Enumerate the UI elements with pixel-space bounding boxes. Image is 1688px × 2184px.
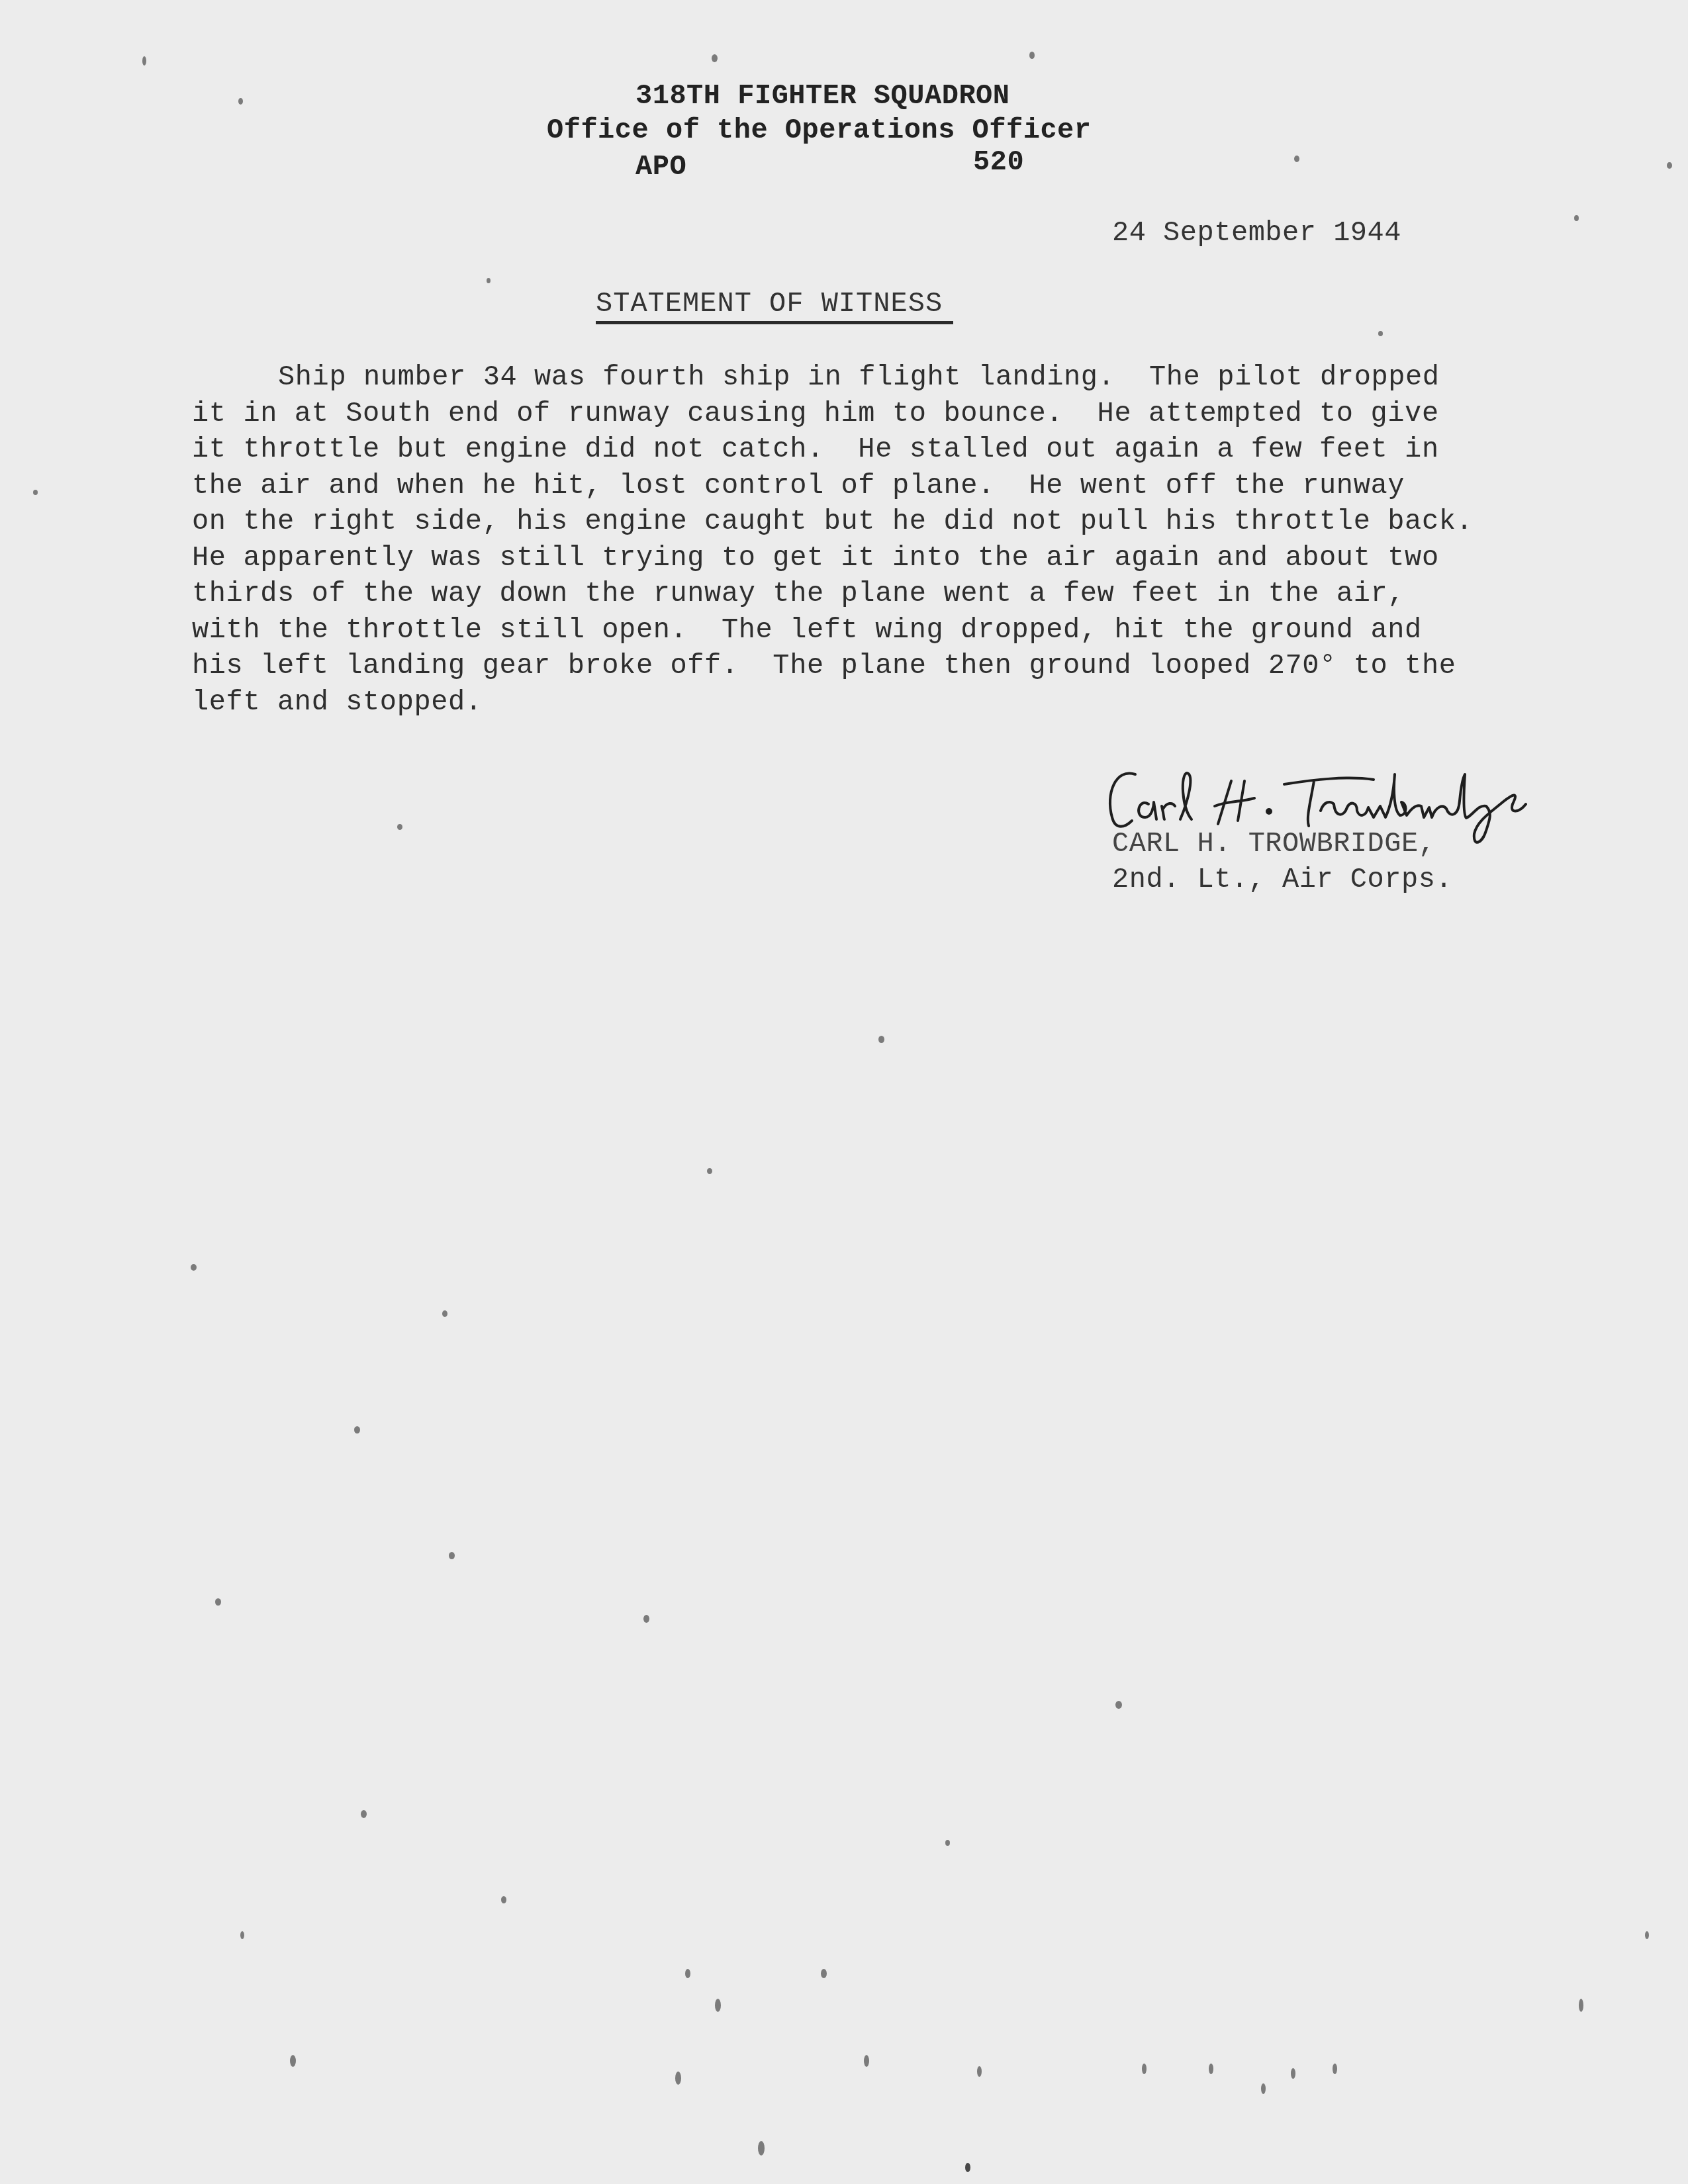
speck	[707, 1168, 712, 1174]
speck	[1645, 1931, 1649, 1939]
header-unit: 318TH FIGHTER SQUADRON	[635, 78, 1010, 114]
body-line: the air and when he hit, lost control of…	[192, 468, 1556, 504]
speck	[501, 1896, 506, 1903]
speck	[1209, 2064, 1213, 2074]
header-office: Office of the Operations Officer	[547, 113, 1092, 148]
speck	[1029, 52, 1035, 59]
speck	[1667, 162, 1672, 169]
speck	[685, 1969, 690, 1978]
typed-signature-name: CARL H. TROWBRIDGE,	[1112, 826, 1435, 862]
body-line: on the right side, his engine caught but…	[192, 504, 1556, 540]
speck	[1294, 156, 1299, 162]
speck	[977, 2066, 982, 2077]
speck	[1333, 2064, 1337, 2074]
body-line: his left landing gear broke off. The pla…	[192, 648, 1556, 684]
speck	[643, 1615, 649, 1623]
header-apo-label: APO	[635, 149, 686, 185]
body-line: left and stopped.	[192, 684, 1556, 721]
speck	[715, 1999, 721, 2012]
body-line: it in at South end of runway causing him…	[192, 396, 1556, 432]
title-underline	[596, 321, 953, 324]
typed-signature-rank: 2nd. Lt., Air Corps.	[1112, 862, 1452, 897]
speck	[215, 1598, 221, 1606]
speck	[1261, 2083, 1266, 2094]
body-line: thirds of the way down the runway the pl…	[192, 576, 1556, 612]
speck	[33, 490, 38, 495]
speck	[361, 1810, 367, 1818]
speck	[965, 2163, 970, 2172]
document-title: STATEMENT OF WITNESS	[596, 286, 943, 322]
header-apo-number: 520	[973, 144, 1024, 180]
speck	[821, 1969, 827, 1978]
speck	[487, 278, 491, 283]
body-line: He apparently was still trying to get it…	[192, 540, 1556, 576]
document-page: 318TH FIGHTER SQUADRON Office of the Ope…	[0, 0, 1688, 2184]
speck	[864, 2055, 869, 2067]
speck	[1142, 2064, 1147, 2074]
speck	[1378, 331, 1383, 336]
statement-body: Ship number 34 was fourth ship in flight…	[192, 359, 1556, 720]
speck	[442, 1310, 447, 1317]
speck	[238, 98, 243, 105]
speck	[758, 2141, 765, 2156]
speck	[240, 1931, 244, 1939]
speck	[945, 1840, 950, 1846]
speck	[397, 824, 402, 830]
speck	[191, 1264, 197, 1271]
speck	[354, 1426, 360, 1433]
speck	[1115, 1701, 1122, 1709]
speck	[290, 2055, 296, 2067]
body-line: it throttle but engine did not catch. He…	[192, 432, 1556, 468]
speck	[712, 54, 718, 62]
speck	[675, 2071, 681, 2085]
speck	[878, 1036, 884, 1043]
body-line: Ship number 34 was fourth ship in flight…	[192, 359, 1556, 396]
speck	[142, 56, 146, 66]
body-line: with the throttle still open. The left w…	[192, 612, 1556, 649]
speck	[1291, 2068, 1295, 2079]
speck	[1579, 1999, 1583, 2012]
document-date: 24 September 1944	[1112, 215, 1401, 251]
speck	[1574, 215, 1579, 221]
speck	[449, 1552, 455, 1559]
